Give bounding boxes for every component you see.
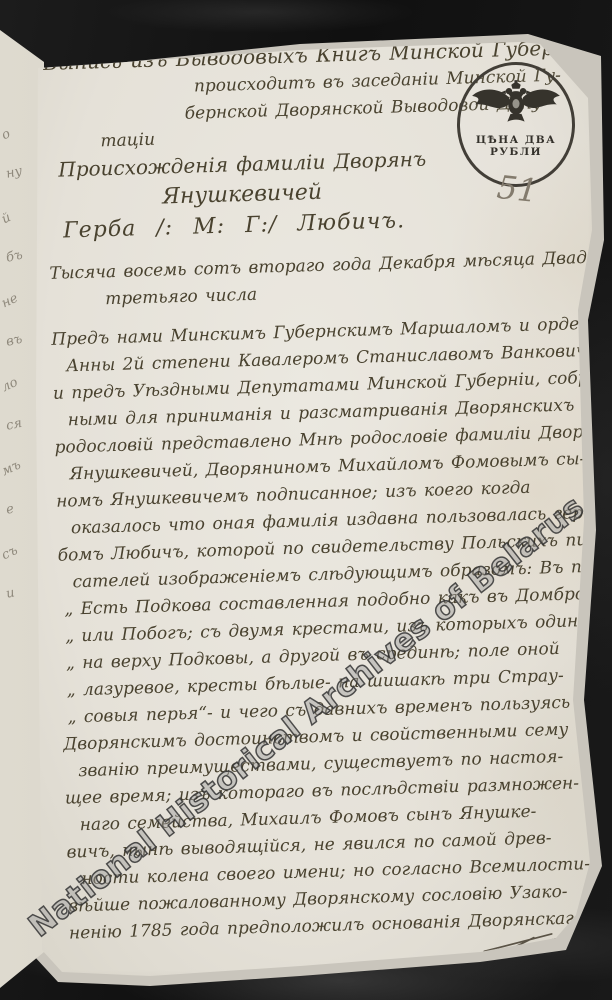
text-fragment: въ	[5, 329, 36, 349]
page-heading: Переводъ изъ Польскаго.	[100, 14, 377, 46]
text-fragment: й	[0, 200, 36, 228]
handwritten-number: 51	[495, 168, 539, 210]
text-fragment: ся	[5, 413, 36, 433]
stamp-price-line1: ЦѢНА ДВА	[476, 134, 556, 146]
previous-page-text-fragments: онуйбъневълосямъесъи	[0, 95, 34, 599]
text-fragment: о	[0, 116, 36, 144]
text-fragment: и	[5, 581, 36, 601]
text-fragment: мъ	[0, 452, 36, 480]
text-fragment: е	[5, 497, 36, 517]
text-fragment: съ	[0, 536, 36, 564]
revenue-stamp: ЦѢНА ДВА РУБЛИ	[457, 62, 575, 187]
text-fragment: ну	[5, 161, 36, 181]
stamp-price-line2: РУБЛИ	[476, 146, 556, 158]
text-fragment: ло	[0, 368, 36, 396]
double-headed-eagle-icon	[469, 80, 563, 132]
manuscript-page: Переводъ изъ Польскаго. Выпись изъ Вывод…	[0, 0, 612, 1000]
text-fragment: бъ	[5, 245, 36, 265]
text-fragment: не	[0, 284, 36, 312]
